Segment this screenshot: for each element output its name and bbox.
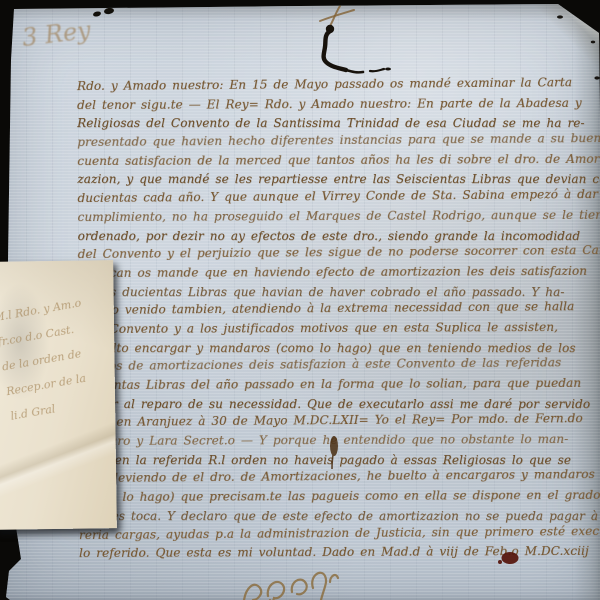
manuscript-line: (como lo hago) que precisam.te las pague… (79, 486, 591, 507)
margin-annotation: M.l Rdo. y Am.o fr.co d.o Cast. de la or… (0, 290, 100, 428)
cross-mark-icon (320, 6, 354, 26)
manuscript-line: presentado que havien hecho diferentes i… (77, 129, 589, 152)
edge-specks-icon (557, 15, 600, 79)
manuscript-line: ducientas cada año. Y que aunque el Virr… (77, 185, 589, 208)
signature-rubric-icon (244, 573, 338, 600)
manuscript-line: del tenor sigu.te — El Rey= Rdo. y Amado… (77, 94, 589, 115)
black-squiggle-icon (324, 25, 391, 73)
manuscript-line: está deviendo de el dro. de Amortizacion… (79, 466, 591, 489)
manuscript-line: cumplimiento, no ha proseguido el Marque… (78, 206, 590, 227)
manuscript-line: del Convento y el perjuizio que se les s… (78, 241, 590, 264)
manuscript-line: cuenta satisfacion de la merced que tant… (77, 150, 589, 171)
manuscript-line: Suplican os mande que en haviendo efecto… (78, 262, 590, 283)
top-edge-shadow (0, 0, 600, 20)
ink-dots-icon (93, 7, 115, 17)
pasted-paper-flap: M.l Rdo. y Am.o fr.co d.o Cast. de la or… (0, 260, 117, 530)
manuscript-line: viendo venido tambien, atendiendo à la e… (78, 297, 590, 320)
manuscript-line: lo referido. Que esta es mi voluntad. Da… (79, 542, 591, 563)
manuscript-line: de Haro y Lara Secret.o — Y porque he en… (78, 430, 590, 451)
corner-archive-note: 3 Rey (21, 16, 93, 52)
manuscript-line: reria cargas, ayudas p.a la administrazi… (79, 522, 591, 545)
photographed-manuscript: 3 Rey Rdo. y Amado nuestro: En 15 de May… (0, 0, 600, 600)
manuscript-body: Rdo. y Amado nuestro: En 15 de Mayo pass… (77, 75, 591, 563)
manuscript-line: Rdo. y Amado nuestro: En 15 de Mayo pass… (77, 73, 589, 96)
manuscript-line: efectos de amortizaciones deis satisfazi… (78, 353, 590, 376)
manuscript-line: Ducientas Libras del año passado en la f… (78, 374, 590, 395)
manuscript-line: este Convento y a los justificados motiv… (78, 318, 590, 339)
manuscript-line: Dada en Aranjuez à 30 de Mayo M.DC.LXII=… (78, 409, 590, 432)
